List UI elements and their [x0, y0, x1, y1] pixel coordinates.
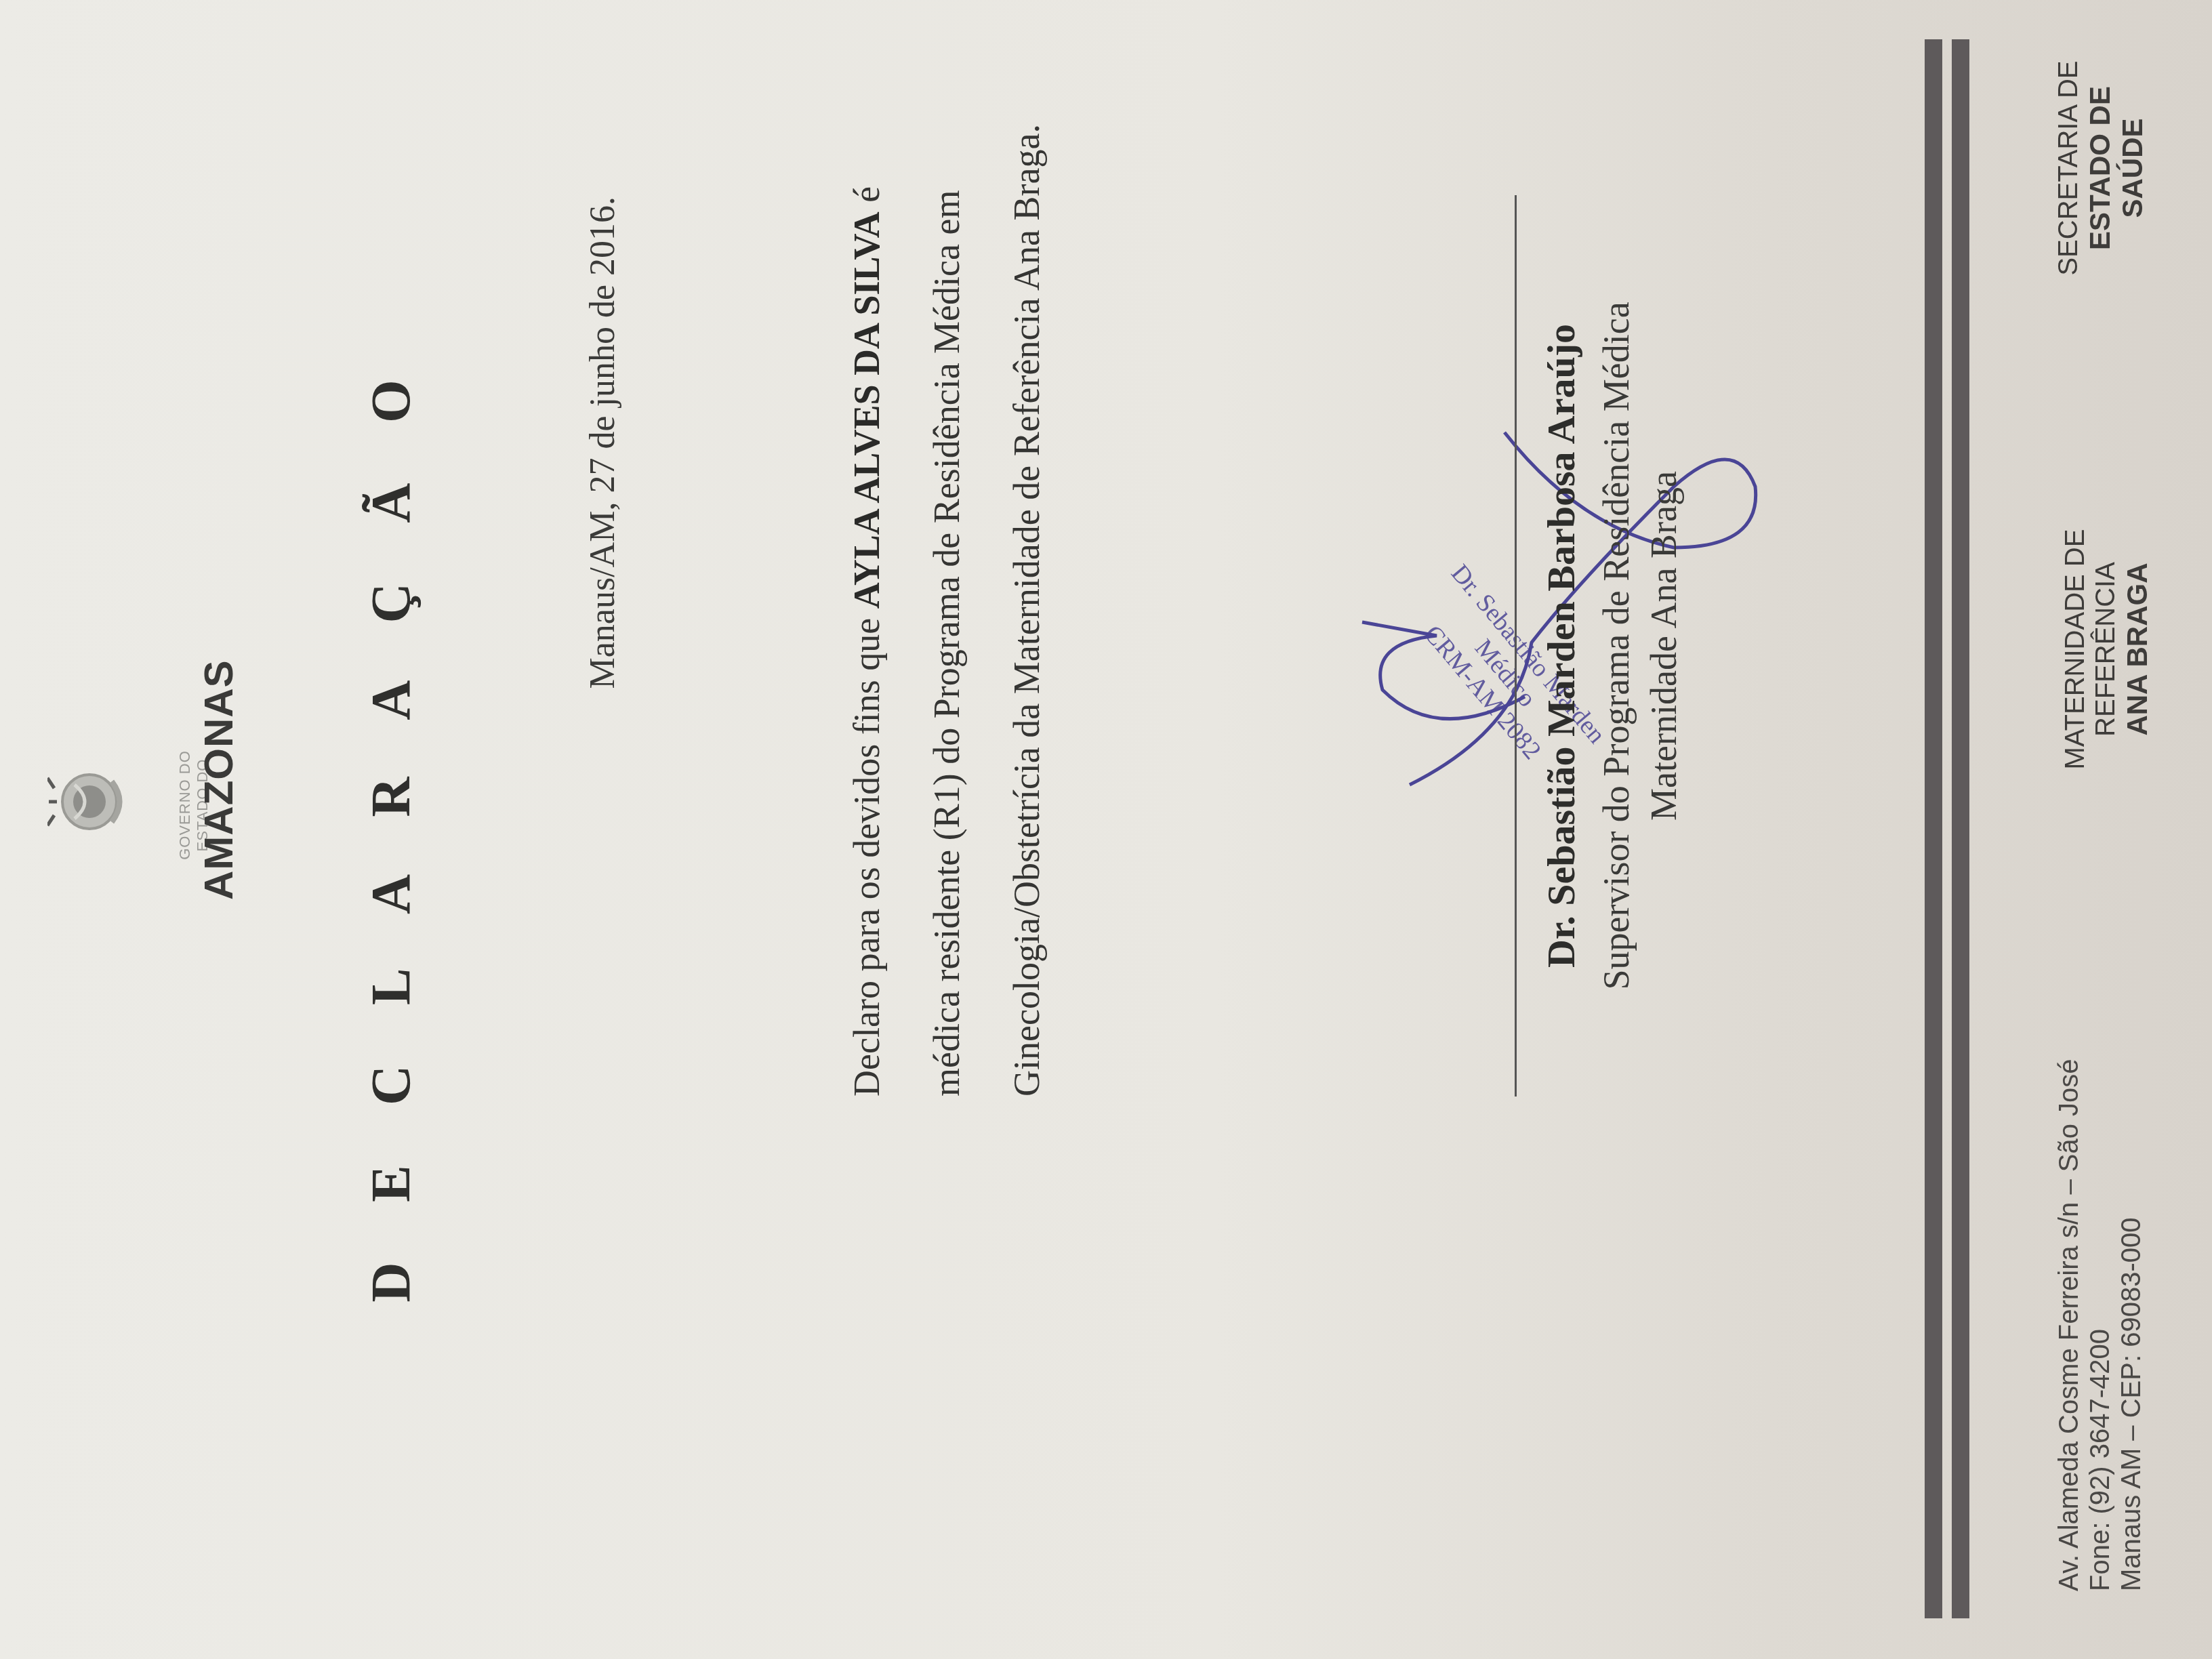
document-title: D E C L A R A Ç Ã O: [359, 0, 423, 1659]
date-line: Manaus/AM, 27 de junho de 2016.: [583, 197, 623, 689]
signer-role: Supervisor do Programa de Residência Méd…: [1593, 195, 1687, 1097]
secretaria-line-2: ESTADO DE SAÚDE: [2084, 39, 2149, 297]
body-intro: Declaro para os devidos fins que: [846, 609, 887, 1097]
footer-divider: [1925, 39, 1999, 1618]
signer-role-line-1: Supervisor do Programa de Residência Méd…: [1593, 195, 1640, 1097]
signature-line: [1515, 195, 1517, 1097]
footer-address: Av. Alameda Cosme Ferreira s/n – São Jos…: [2053, 1059, 2147, 1591]
signer-name: Dr. Sebastião Marden Barbosa Araújo: [1538, 195, 1584, 1097]
maternity-line-1: MATERNIDADE DE REFERÊNCIA: [2060, 439, 2121, 859]
government-logo: GOVERNO DO ESTADO DO AMAZONAS: [0, 670, 258, 941]
state-name: AMAZONAS: [195, 710, 242, 900]
footer-maternity-logo: MATERNIDADE DE REFERÊNCIA ANA BRAGA: [2060, 439, 2154, 859]
footer-secretaria-logo: SECRETARIA DE ESTADO DE SAÚDE: [2053, 39, 2149, 297]
address-line-3: Manaus AM – CEP: 69083-000: [2116, 1059, 2147, 1591]
address-line-1: Av. Alameda Cosme Ferreira s/n – São Jos…: [2053, 1059, 2085, 1591]
signer-role-line-2: Maternidade Ana Braga: [1640, 195, 1687, 1097]
resident-name: AYLA ALVES DA SILVA: [846, 211, 887, 609]
footer-bar: [1952, 39, 1969, 1618]
maternity-line-2: ANA BRAGA: [2121, 439, 2154, 859]
declaration-page: GOVERNO DO ESTADO DO AMAZONAS D E C L A …: [0, 0, 2212, 1659]
secretaria-line-1: SECRETARIA DE: [2053, 39, 2084, 297]
declaration-body: Declaro para os devidos fins que AYLA AL…: [827, 73, 1067, 1097]
address-line-2: Fone: (92) 3647-4200: [2085, 1059, 2116, 1591]
footer-bar: [1925, 39, 1942, 1618]
coat-of-arms-icon: [47, 764, 129, 839]
